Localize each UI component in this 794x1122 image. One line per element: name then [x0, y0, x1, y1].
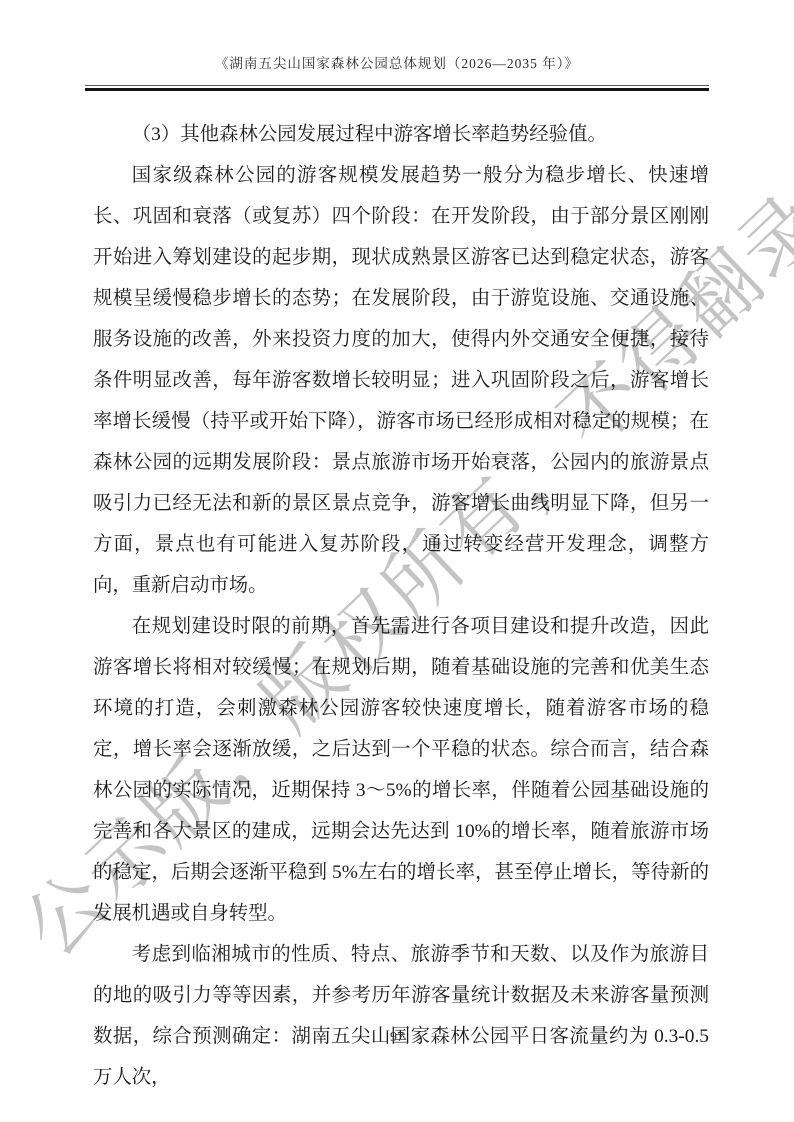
- body-paragraph: 在规划建设时限的前期，首先需进行各项目建设和提升改造，因此游客增长将相对较缓慢；…: [93, 606, 709, 934]
- header-rule: [85, 85, 709, 91]
- document-page: 公示版，版权所有，不得翻录 《湖南五尖山国家森林公园总体规划（2026—2035…: [0, 0, 794, 1122]
- body-paragraph: 国家级森林公园的游客规模发展趋势一般分为稳步增长、快速增长、巩固和衰落（或复苏）…: [93, 155, 709, 606]
- page-number: 97: [0, 1030, 794, 1046]
- body-paragraph: 考虑到临湘城市的性质、特点、旅游季节和天数、以及作为旅游目的地的吸引力等等因素，…: [93, 934, 709, 1098]
- page-header: 《湖南五尖山国家森林公园总体规划（2026—2035 年）》: [85, 52, 709, 73]
- header-title: 《湖南五尖山国家森林公园总体规划（2026—2035 年）》: [215, 56, 579, 71]
- document-body: （3）其他森林公园发展过程中游客增长率趋势经验值。 国家级森林公园的游客规模发展…: [93, 114, 709, 1098]
- body-paragraph: （3）其他森林公园发展过程中游客增长率趋势经验值。: [93, 114, 709, 155]
